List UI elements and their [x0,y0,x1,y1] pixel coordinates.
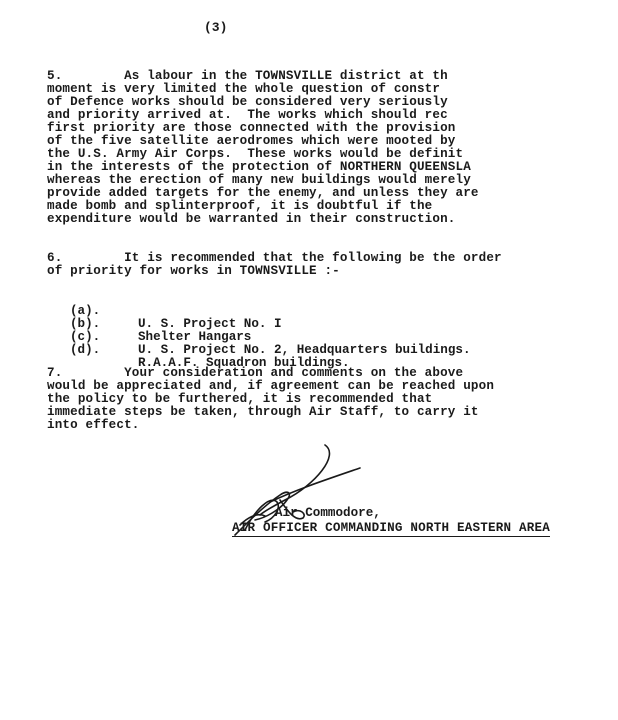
list-item-label: (d). [70,344,100,357]
priority-list: (a). U. S. Project No. I (b). Shelter Ha… [70,292,570,352]
signatory-office: AIR OFFICER COMMANDING NORTH EASTERN ARE… [232,521,550,537]
paragraph-line: into effect. [47,419,140,432]
signatory-rank: Air Commodore, [275,506,381,520]
page-number: (3) [204,20,227,35]
paragraph-line: expenditure would be warranted in their … [47,213,456,226]
paragraph-line: of priority for works in TOWNSVILLE :- [47,265,340,278]
document-page: (3) 5. As labour in the TOWNSVILLE distr… [0,0,618,720]
